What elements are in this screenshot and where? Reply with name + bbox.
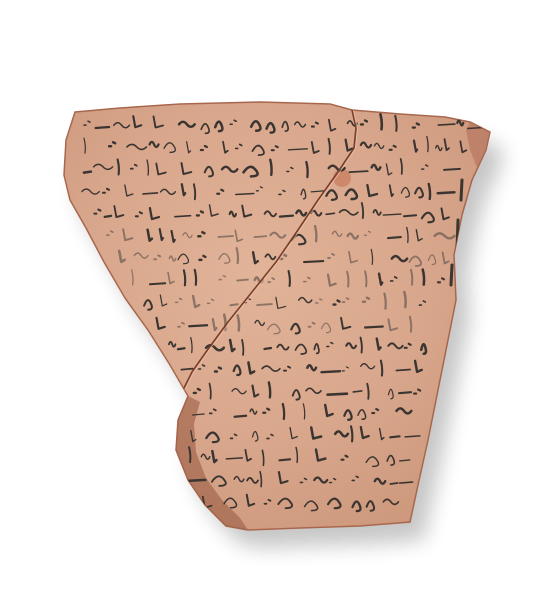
- ink-stroke: [254, 236, 266, 237]
- ink-stroke: [150, 283, 165, 284]
- ink-stroke: [195, 270, 196, 285]
- ink-stroke: [400, 482, 413, 483]
- ink-stroke: [96, 127, 109, 128]
- ink-stroke: [238, 315, 239, 330]
- ink-stroke: [381, 361, 382, 376]
- ink-stroke: [353, 391, 362, 392]
- ink-stroke: [451, 265, 452, 285]
- ink-stroke: [380, 114, 381, 129]
- ink-stroke: [269, 382, 270, 397]
- ink-stroke: [399, 392, 411, 393]
- ink-stroke: [185, 498, 198, 503]
- ink-stroke: [365, 327, 383, 328]
- ink-stroke: [189, 325, 207, 326]
- ink-stroke: [237, 280, 248, 281]
- ink-stroke: [315, 226, 316, 241]
- ink-stroke: [143, 193, 158, 194]
- ink-stroke: [105, 216, 111, 217]
- ink-stroke: [118, 159, 119, 174]
- ink-stroke: [388, 237, 401, 238]
- ink-stroke: [187, 480, 205, 481]
- ink-stroke: [226, 458, 242, 459]
- ink-stroke: [351, 426, 352, 441]
- ink-stroke: [326, 213, 334, 214]
- ink-stroke: [404, 292, 405, 307]
- ink-stroke: [178, 348, 185, 349]
- ink-stroke: [280, 459, 291, 460]
- ink-stroke: [306, 162, 307, 177]
- ink-stroke: [461, 180, 462, 200]
- ink-stroke: [438, 192, 455, 193]
- ink-stroke: [321, 371, 340, 372]
- ink-stroke: [280, 216, 293, 217]
- ink-stroke: [423, 270, 424, 285]
- ink-stroke: [384, 294, 385, 309]
- ink-stroke: [468, 128, 484, 129]
- ink-stroke: [230, 304, 237, 305]
- ink-stroke: [438, 124, 455, 125]
- ink-stroke: [175, 216, 191, 217]
- ink-stroke: [429, 184, 430, 199]
- ink-stroke: [289, 271, 290, 286]
- ink-stroke: [236, 193, 254, 194]
- ostracon-photo: [0, 0, 560, 595]
- ink-stroke: [181, 369, 192, 370]
- ink-stroke: [349, 171, 367, 172]
- ink-stroke: [235, 416, 247, 417]
- ink-stroke: [84, 172, 91, 173]
- ink-stroke: [390, 436, 399, 437]
- ink-stroke: [405, 436, 420, 437]
- ink-stroke: [264, 348, 271, 349]
- ink-stroke: [237, 248, 238, 263]
- ink-stroke: [270, 160, 271, 175]
- ink-stroke: [390, 483, 397, 484]
- ink-stroke: [283, 404, 284, 419]
- ink-stroke: [404, 215, 416, 216]
- ink-stroke: [304, 261, 323, 262]
- ink-stroke: [328, 394, 347, 395]
- ink-stroke: [184, 270, 185, 285]
- ink-stroke: [396, 369, 410, 370]
- ink-stroke: [257, 304, 272, 305]
- ink-stroke: [444, 169, 460, 170]
- ink-stroke: [218, 236, 233, 237]
